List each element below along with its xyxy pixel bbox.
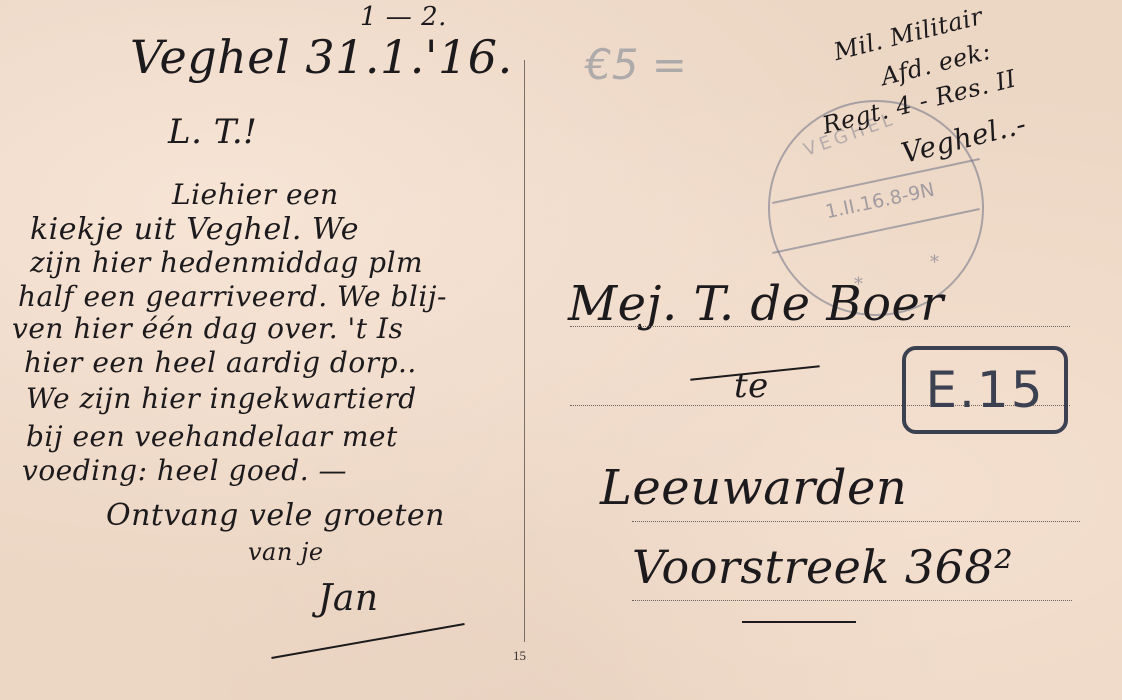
date-correction: 1 — 2.	[360, 2, 447, 32]
address-line	[570, 326, 1070, 327]
message-line: ven hier één dag over. 't Is	[12, 312, 403, 345]
center-divider	[524, 60, 525, 642]
postcard: 1 — 2. Veghel 31.1.'16. L. T.! Liehier e…	[0, 0, 1122, 700]
censor-mark: E.15	[902, 346, 1068, 434]
address-line	[632, 600, 1072, 601]
signature: Jan	[318, 578, 379, 619]
signature-flourish	[271, 623, 464, 659]
page-number: 15	[513, 648, 526, 664]
message-line: zijn hier hedenmiddag plm	[30, 246, 423, 279]
message-line: voeding: heel goed. —	[22, 454, 347, 487]
message-line: Liehier een	[172, 178, 339, 211]
message-line: half een gearriveerd. We blij-	[18, 280, 447, 313]
place-date: Veghel 31.1.'16.	[130, 30, 513, 84]
postmark-date: 1.II.16.8-9N	[799, 174, 960, 229]
street-underline	[742, 621, 856, 623]
message-line: hier een heel aardig dorp..	[24, 346, 417, 379]
message-line: bij een veehandelaar met	[26, 420, 398, 453]
pencil-price-note: €5 =	[585, 40, 687, 89]
closing-line: Ontvang vele groeten	[106, 498, 445, 533]
salutation: L. T.!	[168, 112, 257, 152]
recipient-street: Voorstreek 368²	[632, 540, 1013, 594]
postmark-star-icon: *	[930, 252, 939, 273]
recipient-name: Mej. T. de Boer	[568, 276, 944, 332]
recipient-city: Leeuwarden	[600, 460, 907, 516]
closing-line: van je	[248, 538, 324, 566]
message-line: kiekje uit Veghel. We	[30, 212, 359, 247]
message-line: We zijn hier ingekwartierd	[26, 382, 417, 415]
address-line	[632, 521, 1080, 522]
